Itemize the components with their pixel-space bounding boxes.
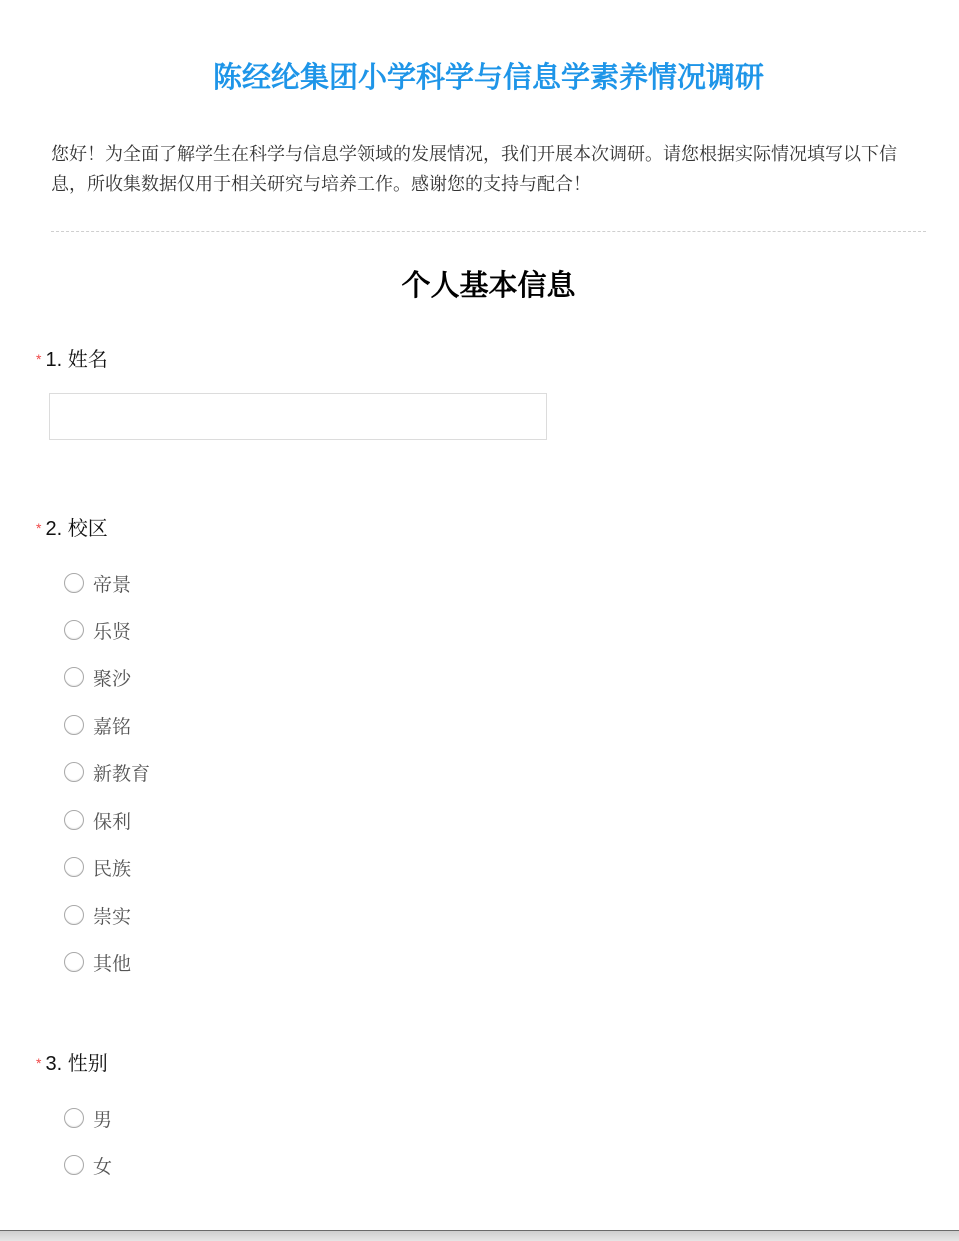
option-label: 乐贤 bbox=[93, 617, 131, 644]
survey-page: 陈经纶集团小学科学与信息学素养情况调研 您好！为全面了解学生在科学与信息学领域的… bbox=[0, 0, 959, 1230]
question-label: *2. 校区 bbox=[36, 515, 108, 541]
survey-title: 陈经纶集团小学科学与信息学素养情况调研 bbox=[0, 55, 959, 96]
option-label: 女 bbox=[93, 1152, 112, 1179]
radio-circle-icon[interactable] bbox=[64, 857, 84, 877]
option-label: 新教育 bbox=[93, 759, 150, 786]
radio-circle-icon[interactable] bbox=[64, 1108, 84, 1128]
campus-option-jiaming[interactable]: 嘉铭 bbox=[64, 713, 131, 737]
option-label: 民族 bbox=[93, 854, 131, 881]
question-label: *1. 姓名 bbox=[36, 346, 108, 372]
campus-option-jusha[interactable]: 聚沙 bbox=[64, 665, 131, 689]
required-asterisk: * bbox=[36, 351, 41, 367]
section-title: 个人基本信息 bbox=[0, 263, 959, 304]
question-title: 3. 性别 bbox=[45, 1053, 107, 1075]
question-title: 1. 姓名 bbox=[45, 349, 107, 371]
radio-circle-icon[interactable] bbox=[64, 620, 84, 640]
option-label: 帝景 bbox=[93, 570, 131, 597]
option-label: 聚沙 bbox=[93, 664, 131, 691]
option-label: 崇实 bbox=[93, 902, 131, 929]
required-asterisk: * bbox=[36, 520, 41, 536]
campus-option-xinjiaoyu[interactable]: 新教育 bbox=[64, 760, 150, 784]
question-campus: *2. 校区 帝景 乐贤 聚沙 嘉铭 新教育 保利 民族 bbox=[36, 515, 108, 541]
required-asterisk: * bbox=[36, 1055, 41, 1071]
radio-circle-icon[interactable] bbox=[64, 762, 84, 782]
option-label: 保利 bbox=[93, 807, 131, 834]
radio-circle-icon[interactable] bbox=[64, 810, 84, 830]
option-label: 男 bbox=[93, 1105, 112, 1132]
radio-circle-icon[interactable] bbox=[64, 905, 84, 925]
radio-circle-icon[interactable] bbox=[64, 715, 84, 735]
campus-option-lexian[interactable]: 乐贤 bbox=[64, 618, 131, 642]
radio-circle-icon[interactable] bbox=[64, 1155, 84, 1175]
option-label: 嘉铭 bbox=[93, 712, 131, 739]
question-name: *1. 姓名 bbox=[36, 346, 108, 372]
question-label: *3. 性别 bbox=[36, 1050, 108, 1076]
divider bbox=[51, 231, 926, 232]
question-gender: *3. 性别 男 女 bbox=[36, 1050, 108, 1076]
radio-circle-icon[interactable] bbox=[64, 952, 84, 972]
campus-option-other[interactable]: 其他 bbox=[64, 950, 131, 974]
radio-circle-icon[interactable] bbox=[64, 573, 84, 593]
window-bottom-edge bbox=[0, 1230, 959, 1241]
gender-option-male[interactable]: 男 bbox=[64, 1106, 112, 1130]
campus-option-dijing[interactable]: 帝景 bbox=[64, 571, 131, 595]
campus-option-baoli[interactable]: 保利 bbox=[64, 808, 131, 832]
question-title: 2. 校区 bbox=[45, 518, 107, 540]
campus-option-chongshi[interactable]: 崇实 bbox=[64, 903, 131, 927]
radio-circle-icon[interactable] bbox=[64, 667, 84, 687]
survey-intro: 您好！为全面了解学生在科学与信息学领域的发展情况，我们开展本次调研。请您根据实际… bbox=[51, 139, 926, 199]
campus-option-minzu[interactable]: 民族 bbox=[64, 855, 131, 879]
gender-option-female[interactable]: 女 bbox=[64, 1153, 112, 1177]
name-input[interactable] bbox=[49, 393, 547, 440]
option-label: 其他 bbox=[93, 949, 131, 976]
